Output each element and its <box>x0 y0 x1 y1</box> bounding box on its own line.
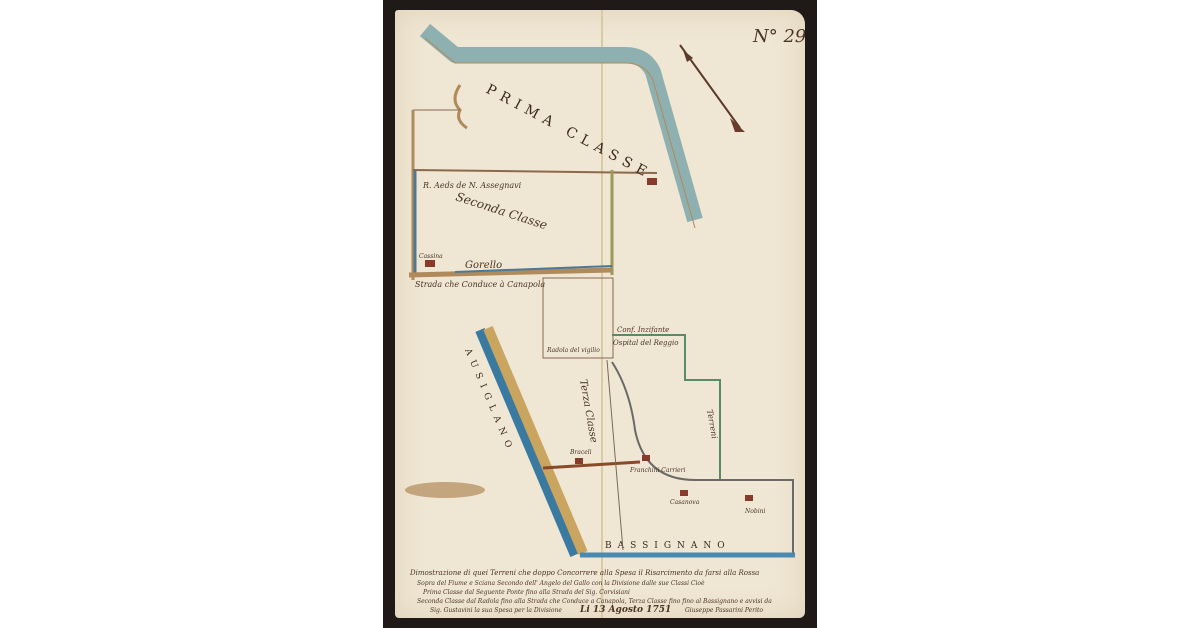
label-prima-classe: PRIMA CLASSE <box>483 81 654 182</box>
svg-text:Terreni: Terreni <box>705 409 719 440</box>
map-drawing: N° 29 PRIMA CLASSE R. Aeds de N. Assegna… <box>395 10 805 618</box>
image-frame: N° 29 PRIMA CLASSE R. Aeds de N. Assegna… <box>383 0 817 628</box>
svg-text:Casanova: Casanova <box>670 499 700 506</box>
house-icon <box>647 178 657 185</box>
caption-block: Dimostrazione di quei Terreni che doppo … <box>409 569 772 615</box>
svg-text:Sopra del Fiume e Sciana Secon: Sopra del Fiume e Sciana Secondo dell' A… <box>417 580 705 587</box>
house-icon <box>575 458 583 464</box>
road-cross <box>543 462 640 468</box>
map-paper: N° 29 PRIMA CLASSE R. Aeds de N. Assegna… <box>395 10 805 618</box>
label-strada: Strada che Conduce à Canapola <box>415 280 545 289</box>
house-icon <box>642 455 650 461</box>
svg-text:Conf. Inzifante: Conf. Inzifante <box>617 326 669 334</box>
canal-ausiglano <box>480 330 575 555</box>
svg-text:Sig. Gustavini la sua Spesa pe: Sig. Gustavini la sua Spesa per la Divis… <box>430 607 562 614</box>
svg-text:Franchini Carrieri: Franchini Carrieri <box>629 467 686 474</box>
creek <box>455 85 467 128</box>
svg-text:Prima Classe dal Seguente Pont: Prima Classe dal Seguente Ponte fino all… <box>422 589 630 596</box>
svg-text:Cassina: Cassina <box>419 253 443 260</box>
ink-stain <box>405 482 485 498</box>
svg-text:R. Aeds de N. Assegnavi: R. Aeds de N. Assegnavi <box>422 181 522 190</box>
svg-text:Dimostrazione di quei Terreni: Dimostrazione di quei Terreni che doppo … <box>409 569 759 577</box>
svg-text:Ospital del Reggio: Ospital del Reggio <box>613 339 678 347</box>
svg-text:Seconda Classe dal Radola fino: Seconda Classe dal Radola fino alla Stra… <box>417 598 772 605</box>
tree-line <box>413 170 657 173</box>
svg-text:Braceli: Braceli <box>569 449 592 456</box>
label-terza-classe: Terza Classe <box>577 379 599 444</box>
north-arrow-icon <box>680 45 745 132</box>
signature: Giuseppe Passarini Perito <box>685 607 763 614</box>
boundary-quarta <box>612 362 793 555</box>
boundary-green <box>612 335 720 480</box>
house-icon <box>680 490 688 496</box>
house-icon <box>425 260 435 267</box>
label-bassignano: BASSIGNANO <box>605 541 731 551</box>
svg-text:Gorello: Gorello <box>465 260 502 271</box>
label-seconda-classe: Seconda Classe <box>454 190 549 233</box>
svg-text:Nobini: Nobini <box>744 508 765 515</box>
svg-text:Radola del vigilio: Radola del vigilio <box>546 347 600 354</box>
date: Li 13 Agosto 1751 <box>579 605 671 615</box>
house-icon <box>745 495 753 501</box>
sheet-number: N° 29 <box>752 26 805 47</box>
